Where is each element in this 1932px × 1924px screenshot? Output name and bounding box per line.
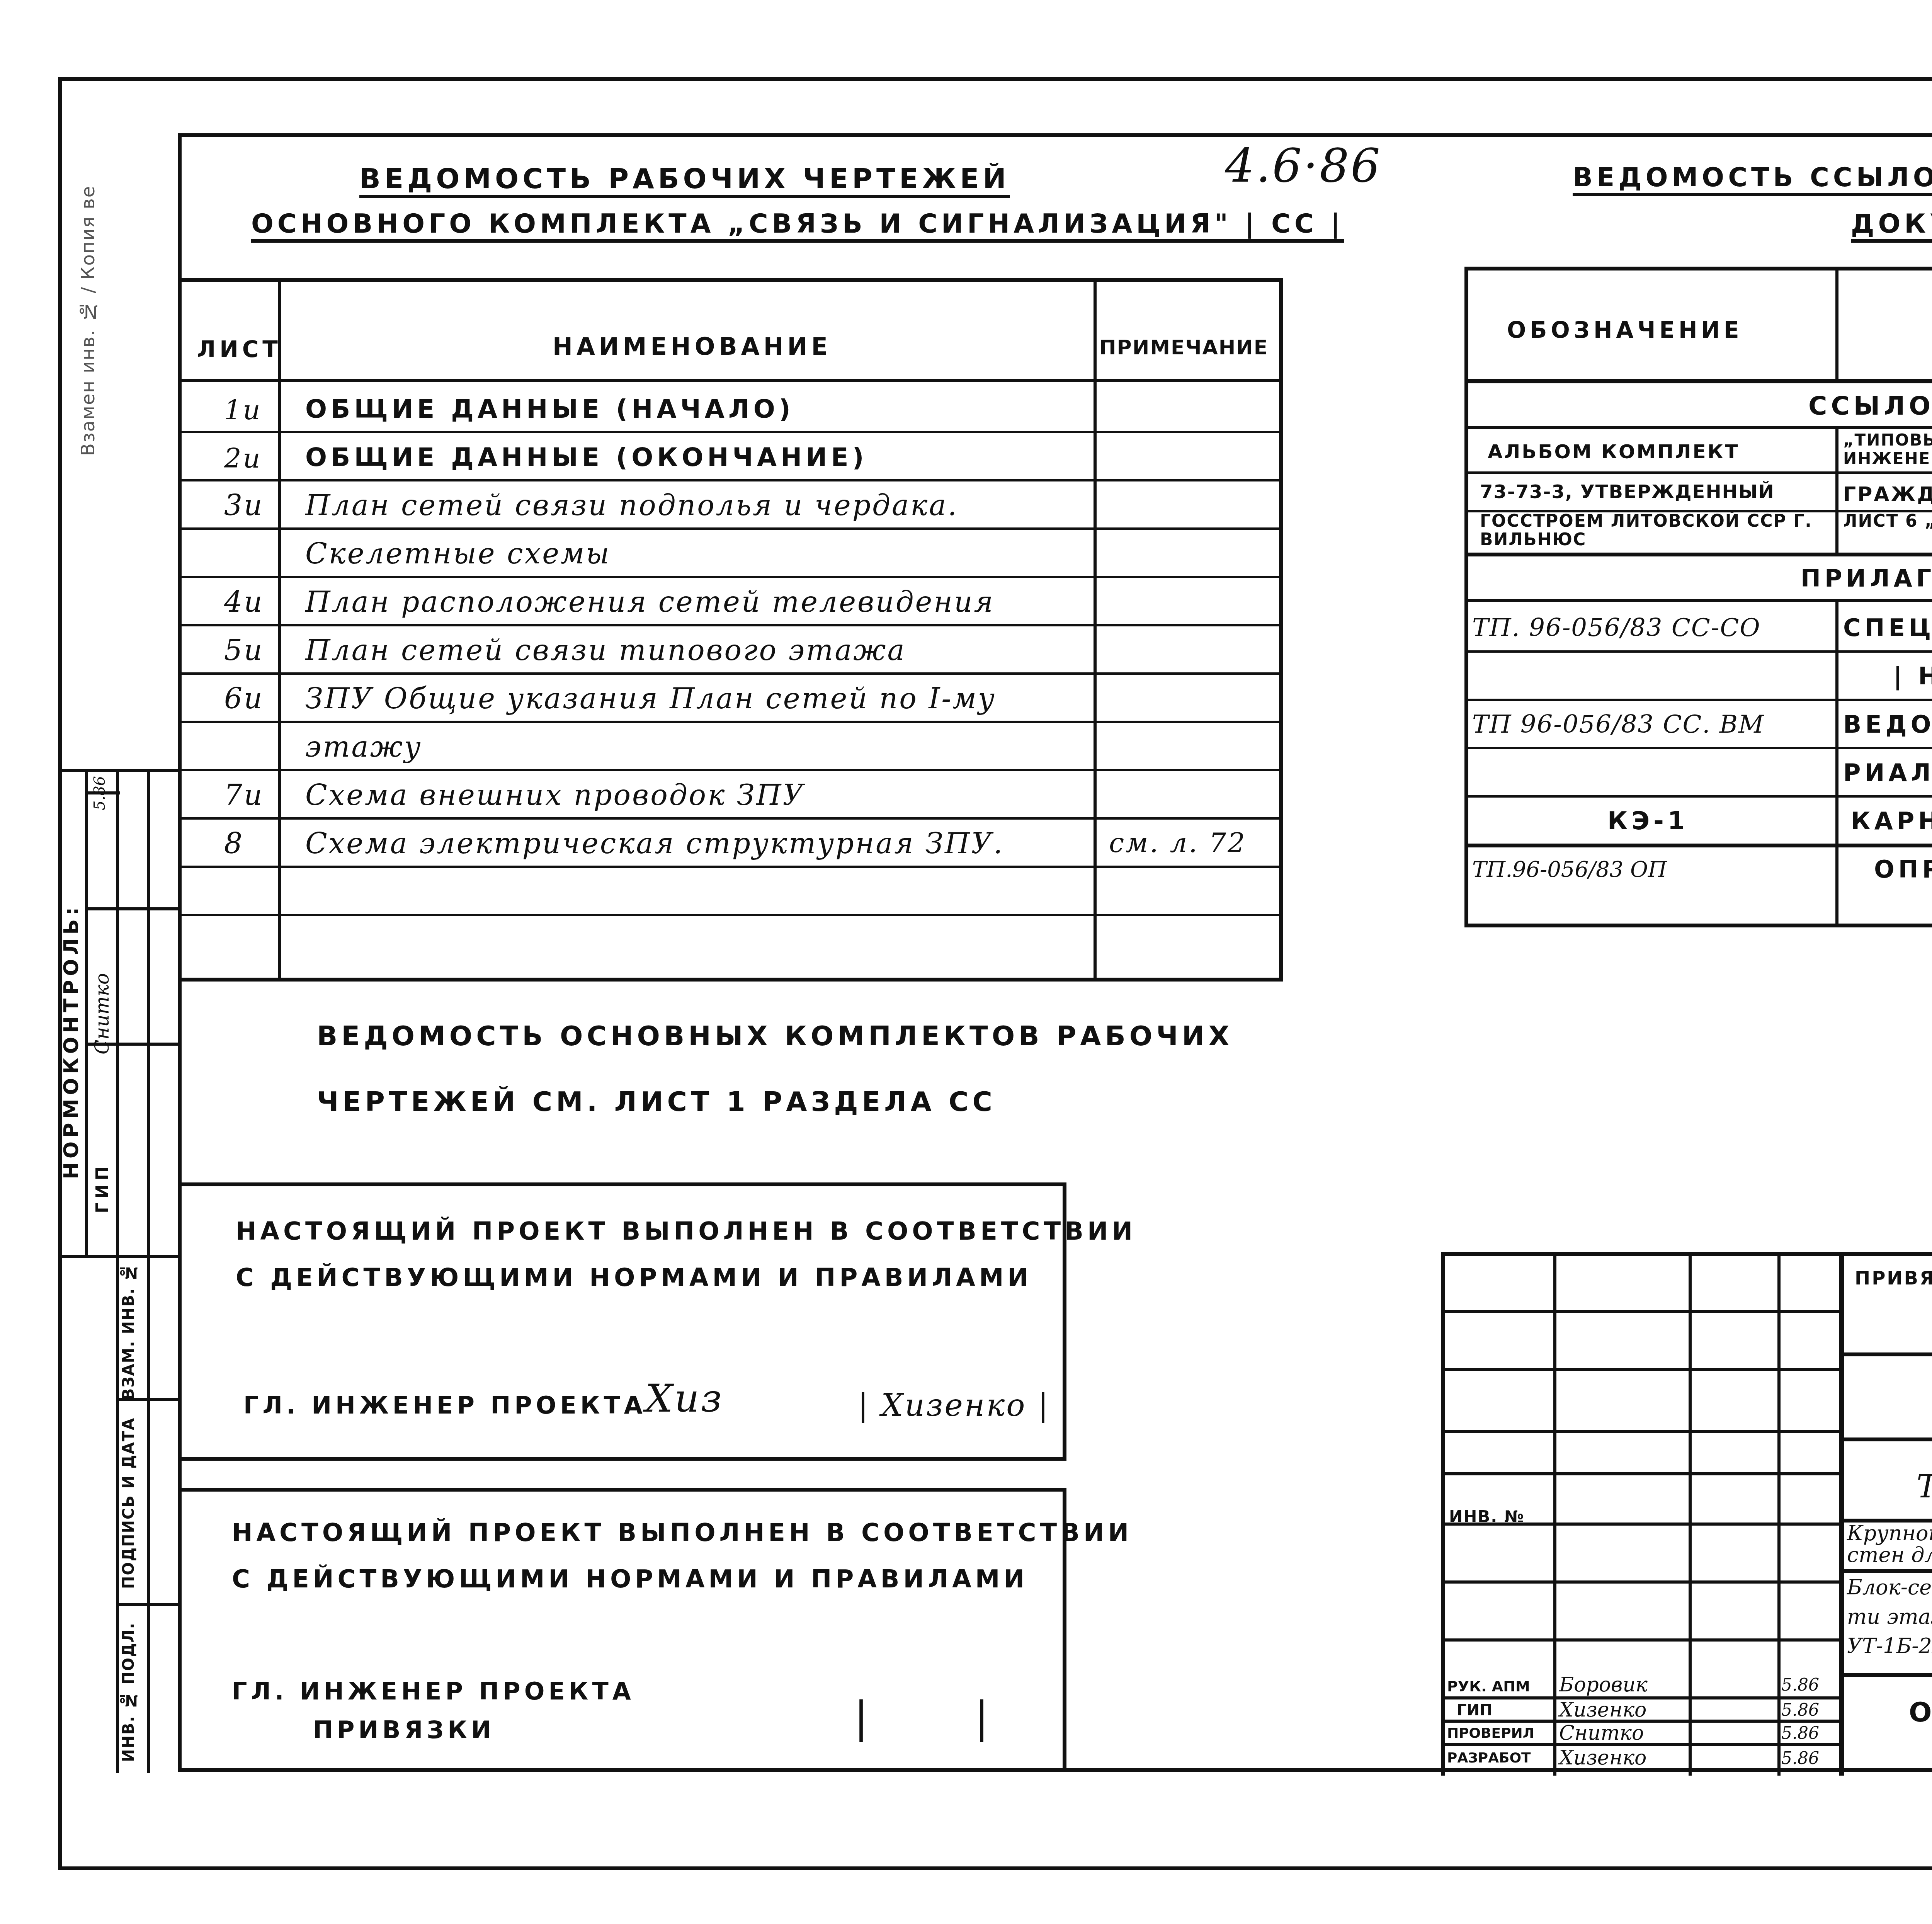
- table-row: ТП 96-056/83 СС. ВМ ВЕДОМОСТЬ ПОТРЕБНОСТ…: [1468, 699, 1932, 749]
- col-header-sheet: ЛИСТ: [197, 336, 282, 362]
- sheet-title-1: ОБЩИЕ ДАННЫЕ: [1909, 1696, 1932, 1728]
- table-row: [182, 866, 1279, 916]
- staff-row: РУК. АПМ Боровик 5.86: [1445, 1673, 1839, 1696]
- compliance-box-1: НАСТОЯЩИЙ ПРОЕКТ ВЫПОЛНЕН В СООТВЕТСТВИИ…: [178, 1182, 1066, 1461]
- col-header-name: НАИМЕНОВАНИЕ: [553, 332, 832, 361]
- staff-row: ПРОВЕРИЛ Снитко 5.86: [1445, 1722, 1839, 1745]
- doc-code: ТП 96-056/83: [1917, 1468, 1932, 1505]
- doc-code-top: 4.6·86: [1225, 139, 1382, 193]
- copy-stamp: Взамен инв. № / Копия верна: [77, 185, 99, 456]
- table-row: 3и План сетей связи подполья и чердака.: [182, 479, 1279, 530]
- normcontrol-label: НОРМОКОНТРОЛЬ:: [60, 903, 83, 1179]
- table-row: 6и ЗПУ Общие указания План сетей по I-му: [182, 672, 1279, 723]
- table-row: АЛЬБОМ КОМПЛЕКТ „ТИПОВЫЕ ДЕТАЛИ УПЛОТНЕН…: [1468, 429, 1932, 474]
- bound-label: ПРИВЯЗАН:: [1855, 1267, 1932, 1289]
- table-row: 8 Схема электрическая структурная ЗПУ. с…: [182, 817, 1279, 868]
- table-row: КЭ-1 КАРНИЗ ЭЛЕКТРОТЕХНИЧЕСКИЙ см. л. 73: [1468, 795, 1932, 847]
- docs-table: ОБОЗНАЧЕНИЕ НАИМЕНОВАНИЕ ПРИМЕЧАНИЕ ССЫЛ…: [1464, 267, 1932, 927]
- section-reference: ССЫЛОЧНЫЕ ДОКУМЕНТЫ: [1468, 383, 1932, 429]
- inv-label: ИНВ. №: [1449, 1507, 1524, 1526]
- title-block: ИНВ. № РУК. АПМ Боровик 5.86 ГИП Хизенко…: [1441, 1252, 1932, 1776]
- basic-sets-line2: ЧЕРТЕЖЕЙ СМ. ЛИСТ 1 РАЗДЕЛА СС: [317, 1086, 996, 1118]
- section-attached: ПРИЛАГАЕМЫЕ ДОКУМЕНТЫ: [1468, 556, 1932, 602]
- table-row: Скелетные схемы: [182, 527, 1279, 578]
- table-row: | НА 7 ЛИСТАХ |: [1468, 650, 1932, 701]
- staff-row: ГИП Хизенко 5.86: [1445, 1698, 1839, 1722]
- left-margin: НОРМОКОНТРОЛЬ: 5.86 Снитко ГИП ВЗАМ. ИНВ…: [58, 769, 182, 1773]
- table-row: ТП.96-056/83 ОП ОПРОСНЫЙ ЛИСТ см. л. 74: [1468, 847, 1932, 890]
- table-row: ГОССТРОЕМ ЛИТОВСКОЙ ССР Г. ВИЛЬНЮС ЛИСТ …: [1468, 510, 1932, 556]
- compliance-box-2: НАСТОЯЩИЙ ПРОЕКТ ВЫПОЛНЕН В СООТВЕТСТВИИ…: [178, 1488, 1066, 1772]
- table-row: 5и План сетей связи типового этажа: [182, 624, 1279, 675]
- staff-row: РАЗРАБОТ Хизенко 5.86: [1445, 1745, 1839, 1772]
- table-row: 1и ОБЩИЕ ДАННЫЕ (НАЧАЛО): [182, 383, 1279, 433]
- signature: Хиз: [645, 1376, 723, 1421]
- drawings-table: ЛИСТ НАИМЕНОВАНИЕ ПРИМЕЧАНИЕ 1и ОБЩИЕ ДА…: [178, 278, 1283, 982]
- left-title-line2: ОСНОВНОГО КОМПЛЕКТА „СВЯЗЬ И СИГНАЛИЗАЦИ…: [251, 209, 1344, 243]
- table-row: ТП. 96-056/83 СС-СО СПЕЦИФИКАЦИЯ ОБОРУДО…: [1468, 602, 1932, 653]
- table-row: этажу: [182, 721, 1279, 771]
- table-row: 7и Схема внешних проводок ЗПУ: [182, 769, 1279, 820]
- table-row: 2и ОБЩИЕ ДАННЫЕ (ОКОНЧАНИЕ): [182, 431, 1279, 481]
- table-row: 73-73-3, УТВЕРЖДЕННЫЙ ГРАЖДАНСКИЕ ЗДАНИЯ…: [1468, 471, 1932, 512]
- basic-sets-line1: ВЕДОМОСТЬ ОСНОВНЫХ КОМПЛЕКТОВ РАБОЧИХ: [317, 1020, 1233, 1052]
- project-name: Крупнопанельные жилые дома с узким шагом…: [1847, 1523, 1932, 1566]
- col-header-note: ПРИМЕЧАНИЕ: [1099, 336, 1268, 359]
- right-title-line1: ВЕДОМОСТЬ ССЫЛОЧНЫХ И ПРИЛАГАЕМЫХ: [1573, 162, 1932, 196]
- table-row: 4и План расположения сетей телевидения: [182, 576, 1279, 626]
- left-title-line1: ВЕДОМОСТЬ РАБОЧИХ ЧЕРТЕЖЕЙ: [359, 162, 1010, 198]
- right-title-line2: ДОКУМЕНТОВ: [1851, 209, 1932, 243]
- block-name: Блок-секция угловая-торцевая 9-ти этажна…: [1847, 1573, 1932, 1661]
- table-row: РИАЛАХ | НА 1 ЛИСТЕ |: [1468, 747, 1932, 798]
